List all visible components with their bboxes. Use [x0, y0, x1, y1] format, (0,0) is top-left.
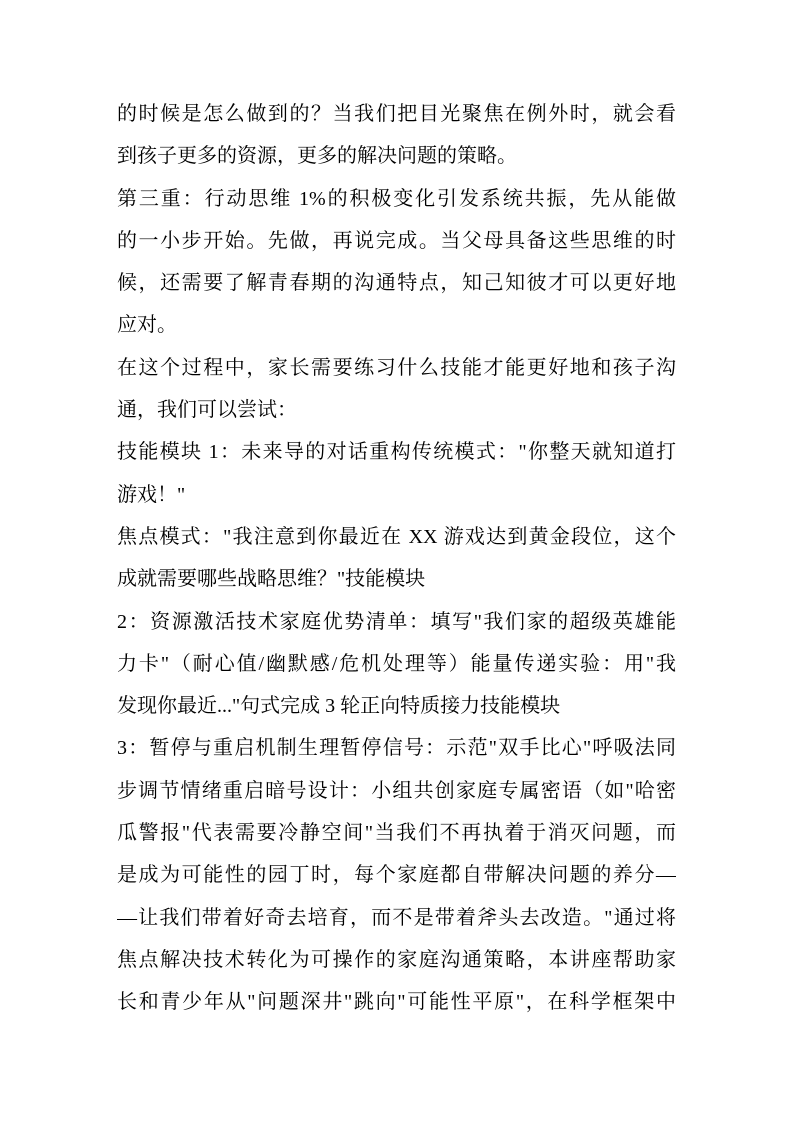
paragraph: 第三重：行动思维 1%的积极变化引发系统共振，先从能做 的一小步开始。先做，再说… [117, 178, 676, 347]
text-line: 3：暂停与重启机制生理暂停信号：示范"双手比心"呼吸法同 [117, 727, 676, 769]
text-line: 技能模块 1：未来导的对话重构传统模式："你整天就知道打 [117, 431, 676, 473]
document-body: 的时候是怎么做到的？当我们把目光聚焦在例外时，就会看 到孩子更多的资源，更多的解… [117, 93, 676, 1024]
paragraph: 2：资源激活技术家庭优势清单：填写"我们家的超级英雄能 力卡"（耐心值/幽默感/… [117, 601, 676, 728]
text-line: 步调节情绪重启暗号设计：小组共创家庭专属密语（如"哈密 [117, 770, 676, 812]
text-line: 通，我们可以尝试： [117, 389, 676, 431]
paragraph: 的时候是怎么做到的？当我们把目光聚焦在例外时，就会看 到孩子更多的资源，更多的解… [117, 93, 676, 178]
text-line: 到孩子更多的资源，更多的解决问题的策略。 [117, 135, 676, 177]
text-line: 焦点模式："我注意到你最近在 XX 游戏达到黄金段位，这个 [117, 516, 676, 558]
text-line: 发现你最近..."句式完成 3 轮正向特质接力技能模块 [117, 685, 676, 727]
text-line: 在这个过程中，家长需要练习什么技能才能更好地和孩子沟 [117, 347, 676, 389]
text-line: 游戏！" [117, 474, 676, 516]
paragraph: 在这个过程中，家长需要练习什么技能才能更好地和孩子沟 通，我们可以尝试： [117, 347, 676, 432]
text-line: 力卡"（耐心值/幽默感/危机处理等）能量传递实验：用"我 [117, 643, 676, 685]
document-page: 的时候是怎么做到的？当我们把目光聚焦在例外时，就会看 到孩子更多的资源，更多的解… [0, 0, 793, 1122]
text-line: 瓜警报"代表需要冷静空间"当我们不再执着于消灭问题，而 [117, 812, 676, 854]
text-line: 的时候是怎么做到的？当我们把目光聚焦在例外时，就会看 [117, 93, 676, 135]
text-line: 候，还需要了解青春期的沟通特点，知己知彼才可以更好地 [117, 262, 676, 304]
text-line: 的一小步开始。先做，再说完成。当父母具备这些思维的时 [117, 220, 676, 262]
text-line: 2：资源激活技术家庭优势清单：填写"我们家的超级英雄能 [117, 601, 676, 643]
text-line: 成就需要哪些战略思维？"技能模块 [117, 558, 676, 600]
text-line: 应对。 [117, 304, 676, 346]
paragraph: 3：暂停与重启机制生理暂停信号：示范"双手比心"呼吸法同 步调节情绪重启暗号设计… [117, 727, 676, 1023]
text-line: 是成为可能性的园丁时，每个家庭都自带解决问题的养分— [117, 854, 676, 896]
text-line: 焦点解决技术转化为可操作的家庭沟通策略，本讲座帮助家 [117, 939, 676, 981]
text-line: —让我们带着好奇去培育，而不是带着斧头去改造。"通过将 [117, 897, 676, 939]
paragraph: 焦点模式："我注意到你最近在 XX 游戏达到黄金段位，这个 成就需要哪些战略思维… [117, 516, 676, 601]
text-line: 长和青少年从"问题深井"跳向"可能性平原"，在科学框架中 [117, 981, 676, 1023]
text-line: 第三重：行动思维 1%的积极变化引发系统共振，先从能做 [117, 178, 676, 220]
paragraph: 技能模块 1：未来导的对话重构传统模式："你整天就知道打 游戏！" [117, 431, 676, 516]
